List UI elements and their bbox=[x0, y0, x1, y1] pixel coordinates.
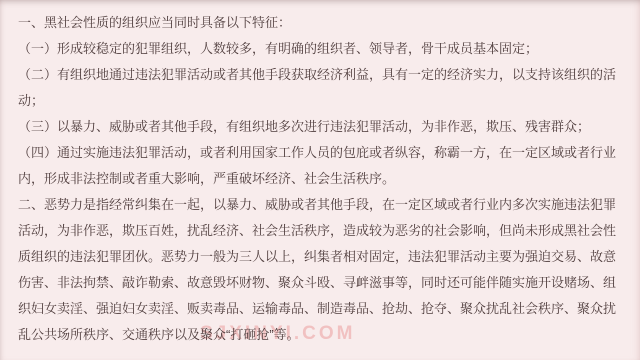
clause-item-1: （一）形成较稳定的犯罪组织，人数较多，有明确的组织者、领导者，骨干成员基本固定； bbox=[18, 36, 624, 62]
document-text: 一、黑社会性质的组织应当同时具备以下特征： （一）形成较稳定的犯罪组织，人数较多… bbox=[0, 0, 624, 348]
section-paragraph-2: 二、恶势力是指经常纠集在一起，以暴力、威胁或者其他手段，在一定区域或者行业内多次… bbox=[18, 192, 624, 348]
clause-item-2: （二）有组织地通过违法犯罪活动或者其他手段获取经济利益，具有一定的经济实力，以支… bbox=[18, 62, 624, 114]
clause-item-4: （四）通过实施违法犯罪活动，或者利用国家工作人员的包庇或者纵容，称霸一方，在一定… bbox=[18, 140, 624, 192]
clause-item-3: （三）以暴力、威胁或者其他手段，有组织地多次进行违法犯罪活动，为非作恶，欺压、残… bbox=[18, 114, 624, 140]
section-heading-1: 一、黑社会性质的组织应当同时具备以下特征： bbox=[18, 10, 624, 36]
document-page: SJXINYI.COM 一、黑社会性质的组织应当同时具备以下特征： （一）形成较… bbox=[0, 0, 640, 360]
